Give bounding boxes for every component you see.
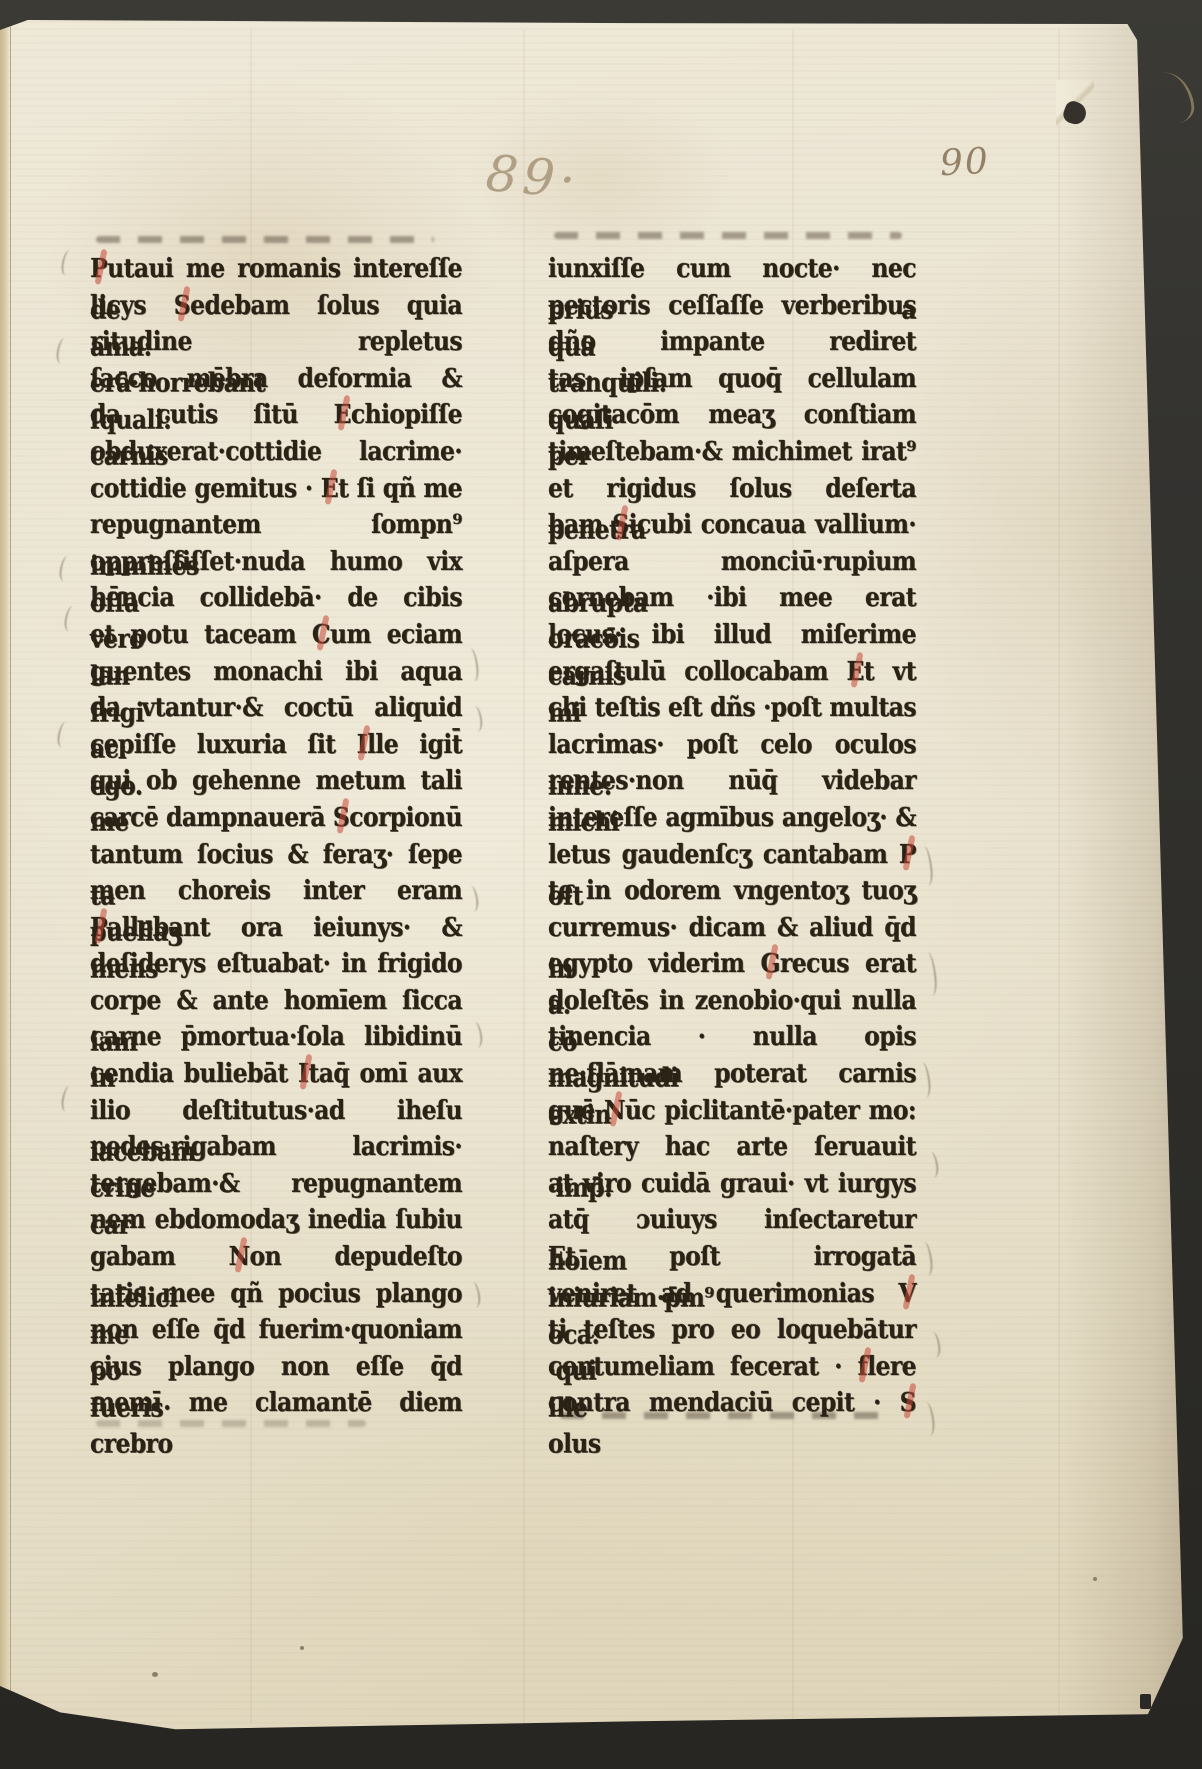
text-line: cottidie gemitus · Et ſi qñ me: [90, 467, 462, 508]
text-line: men choreis inter eram puellaʒ: [90, 870, 462, 911]
margin-pen-mark: [927, 1331, 942, 1358]
margin-pen-mark: [925, 1151, 940, 1178]
text-line: ſacco mēbra deformia & ſquali:: [90, 358, 462, 399]
margin-pen-mark: [63, 605, 79, 632]
text-line: tantum ſocius & feraʒ· ſepe ta: [90, 833, 462, 874]
text-line: lacrimas· poſt celo oculos inhe:: [548, 724, 916, 765]
text-line: da cutis ſitū Echiopiſſe carnis: [90, 394, 462, 435]
rubricated-letter: S: [174, 284, 190, 325]
text-line: bam Sicubi concaua vallium·: [548, 504, 916, 545]
ink-offset-smudge: [554, 232, 902, 239]
rubricated-letter: I: [357, 724, 367, 765]
text-line: ritudine repletus erā·horrebant: [90, 321, 462, 362]
text-line: tatis mee qñ pocius plango me: [90, 1272, 462, 1313]
text-line: ilio deſtitutus·ad iheſu iacebam: [90, 1089, 462, 1130]
ink-offset-smudge: [96, 236, 434, 243]
text-line: repugnantem ſompn⁹ imminēs: [90, 504, 462, 545]
text-column-left: Putaui me romanis intereſſe delicys Sede…: [90, 250, 462, 1421]
text-line: nem ebdomodaʒ inedia ſubiu: [90, 1199, 462, 1240]
page-edge-curl: [1145, 69, 1197, 127]
text-line: cius plango non eſſe q̄d fueris·: [90, 1346, 462, 1387]
dust-speck: [152, 1672, 158, 1677]
text-line: guentes monachi ibi aqua frigi: [90, 650, 462, 691]
rubricated-letter: E: [334, 394, 351, 435]
text-line: egypto viderim Grecus erat a:: [548, 943, 916, 984]
text-line: obduxerat·cottidie lacrime·: [90, 431, 462, 472]
text-line: oppreſſiſſet·nuda humo vix oſſa: [90, 541, 462, 582]
text-line: et rigidus ſolus deſerta penetra: [548, 467, 916, 508]
corner-tear-mark: [1056, 80, 1094, 128]
rubricated-letter: P: [90, 906, 107, 947]
rubricated-letter: N: [604, 1089, 625, 1130]
text-line: curremus· dicam & aliud q̄d in: [548, 906, 916, 947]
folio-number-90: 90: [939, 141, 991, 185]
margin-pen-mark: [916, 1061, 932, 1098]
text-line: cogitacōm meaʒ conſtiam per: [548, 394, 916, 435]
rubricated-letter: S: [612, 504, 628, 545]
margin-pen-mark: [60, 249, 76, 276]
text-line: at viro cuidā graui· vt iurgys: [548, 1163, 916, 1204]
text-line: corpe & ante homīem ſicca iam: [90, 980, 462, 1021]
rubricated-letter: S: [333, 797, 349, 838]
manuscript-page: 89· 90 Putaui me romanis intereſſe delic…: [0, 0, 1202, 1769]
dust-speck: [1093, 1577, 1097, 1581]
text-line: licys Sedebam ſolus quia ama:: [90, 284, 462, 325]
text-line: te in odorem vngentoʒ tuoʒ: [548, 870, 916, 911]
margin-pen-mark: [55, 337, 71, 364]
text-line: contumeliam fecerat · flere ille: [548, 1346, 916, 1387]
text-line: deſiderys eſtuabat· in frigido: [90, 943, 462, 984]
text-line: intereſſe agmībus angeloʒ· &: [548, 797, 916, 838]
text-line: doleſtēs in zenobio·qui nulla cō: [548, 980, 916, 1021]
text-line: et potu taceam Cum eciam lan: [90, 614, 462, 655]
rubricated-letter: C: [312, 614, 330, 655]
text-line: dño impante rediret tranquili:: [548, 321, 916, 362]
margin-pen-mark: [60, 1085, 76, 1112]
text-line: cendia buliebāt Itaq̄ omī aux: [90, 1053, 462, 1094]
text-line: Pallebant ora ieiunys· & mens: [90, 906, 462, 947]
text-line: memī me clamantē diem crebro: [90, 1382, 462, 1423]
margin-pen-mark: [920, 1401, 935, 1436]
text-line: gabam Non depudeſto infelici: [90, 1236, 462, 1277]
margin-pen-mark: [465, 885, 480, 912]
text-line: ti teſtes pro eo loquebātur ·qui: [548, 1309, 916, 1350]
text-line: letus gaudenſcʒ cantabam Poſt: [548, 833, 916, 874]
rubricated-letter: E: [321, 467, 338, 508]
margin-pen-mark: [464, 647, 479, 682]
text-line: contra mendaciū cepit · Solus: [548, 1382, 916, 1423]
text-line: pectoris ceſſaſſe verberibus quā: [548, 284, 916, 325]
text-line: non eſſe q̄d fuerim·quoniam po: [90, 1309, 462, 1350]
rubricated-letter: S: [900, 1382, 916, 1423]
edge-notch: [1140, 1694, 1151, 1709]
text-column-right: iunxiſſe cum nocte· nec prius apectoris …: [548, 250, 916, 1421]
text-line: cepiſſe luxuria ſit Ille igit̄ ego.: [90, 724, 462, 765]
rubricated-letter: P: [90, 248, 107, 289]
margin-pen-mark: [469, 1021, 484, 1048]
text-line: rentes·non nūq̄ videbar michi: [548, 760, 916, 801]
text-line: pedes·rigabam lacrimis· crine: [90, 1126, 462, 1167]
margin-pen-mark: [467, 1281, 482, 1308]
text-line: iunxiſſe cum nocte· nec prius a: [548, 248, 916, 289]
text-line: locus· ibi illud miſerime carnis: [548, 614, 916, 655]
paper-chain-line: [1058, 30, 1060, 1724]
text-line: hēncia collidebā· de cibis vero: [90, 577, 462, 618]
rubricated-letter: f: [858, 1346, 868, 1387]
text-line: timeſtebam·& michimet irat⁹: [548, 431, 916, 472]
dust-speck: [300, 1646, 304, 1650]
text-line: aſpera monciū·rupium abrupta: [548, 541, 916, 582]
paper-chain-line: [523, 30, 525, 1724]
text-line: tergebam·& repugnantem car: [90, 1163, 462, 1204]
rubricated-letter: P: [899, 833, 916, 874]
text-line: Et poſt irrogatā iniuriam·p̄m⁹: [548, 1236, 916, 1277]
text-line: chi teſtis eſt dñs ·poſt multas: [548, 687, 916, 728]
text-line: cernebam ·ibi mee erat oracōis: [548, 577, 916, 618]
text-line: guē Nūc piclitantē·pater mo:: [548, 1089, 916, 1130]
margin-pen-mark: [56, 721, 72, 748]
text-line: Putaui me romanis intereſſe de: [90, 248, 462, 289]
text-line: naſtery hac arte ſeruauit ·imp̄:: [548, 1126, 916, 1167]
text-line: da vtantur·& coctū aliquid ac:: [90, 687, 462, 728]
page-left-edge: [0, 0, 11, 1769]
rubricated-letter: N: [229, 1236, 250, 1277]
margin-pen-mark: [58, 555, 74, 582]
rubricated-letter: V: [898, 1272, 916, 1313]
text-line: ne·flāmam poterat carnis extin: [548, 1053, 916, 1094]
margin-pen-mark: [922, 951, 939, 996]
margin-pen-mark: [918, 845, 934, 886]
text-line: veniret ad querimonias Voca:: [548, 1272, 916, 1313]
folio-number-89: 89·: [484, 144, 583, 210]
rubricated-letter: I: [298, 1053, 308, 1094]
text-line: carcē dampnauerā Scorpionū: [90, 797, 462, 838]
rubricated-letter: E: [846, 650, 863, 691]
rubricated-letter: G: [760, 943, 779, 984]
text-line: ergaſtulū collocabam Et vt mi: [548, 650, 916, 691]
text-line: carne p̄mortua·ſola libidinū in: [90, 1016, 462, 1057]
margin-pen-mark: [918, 1241, 933, 1276]
text-line: tinencia · nulla opis magnitudi: [548, 1016, 916, 1057]
margin-pen-mark: [469, 705, 484, 732]
text-line: atq̄ ɔuiuys inſectaretur hoīem: [548, 1199, 916, 1240]
text-line: tas· ipſam quoq̄ cellulam quaſi: [548, 358, 916, 399]
text-line: qui ob gehenne metum tali me: [90, 760, 462, 801]
